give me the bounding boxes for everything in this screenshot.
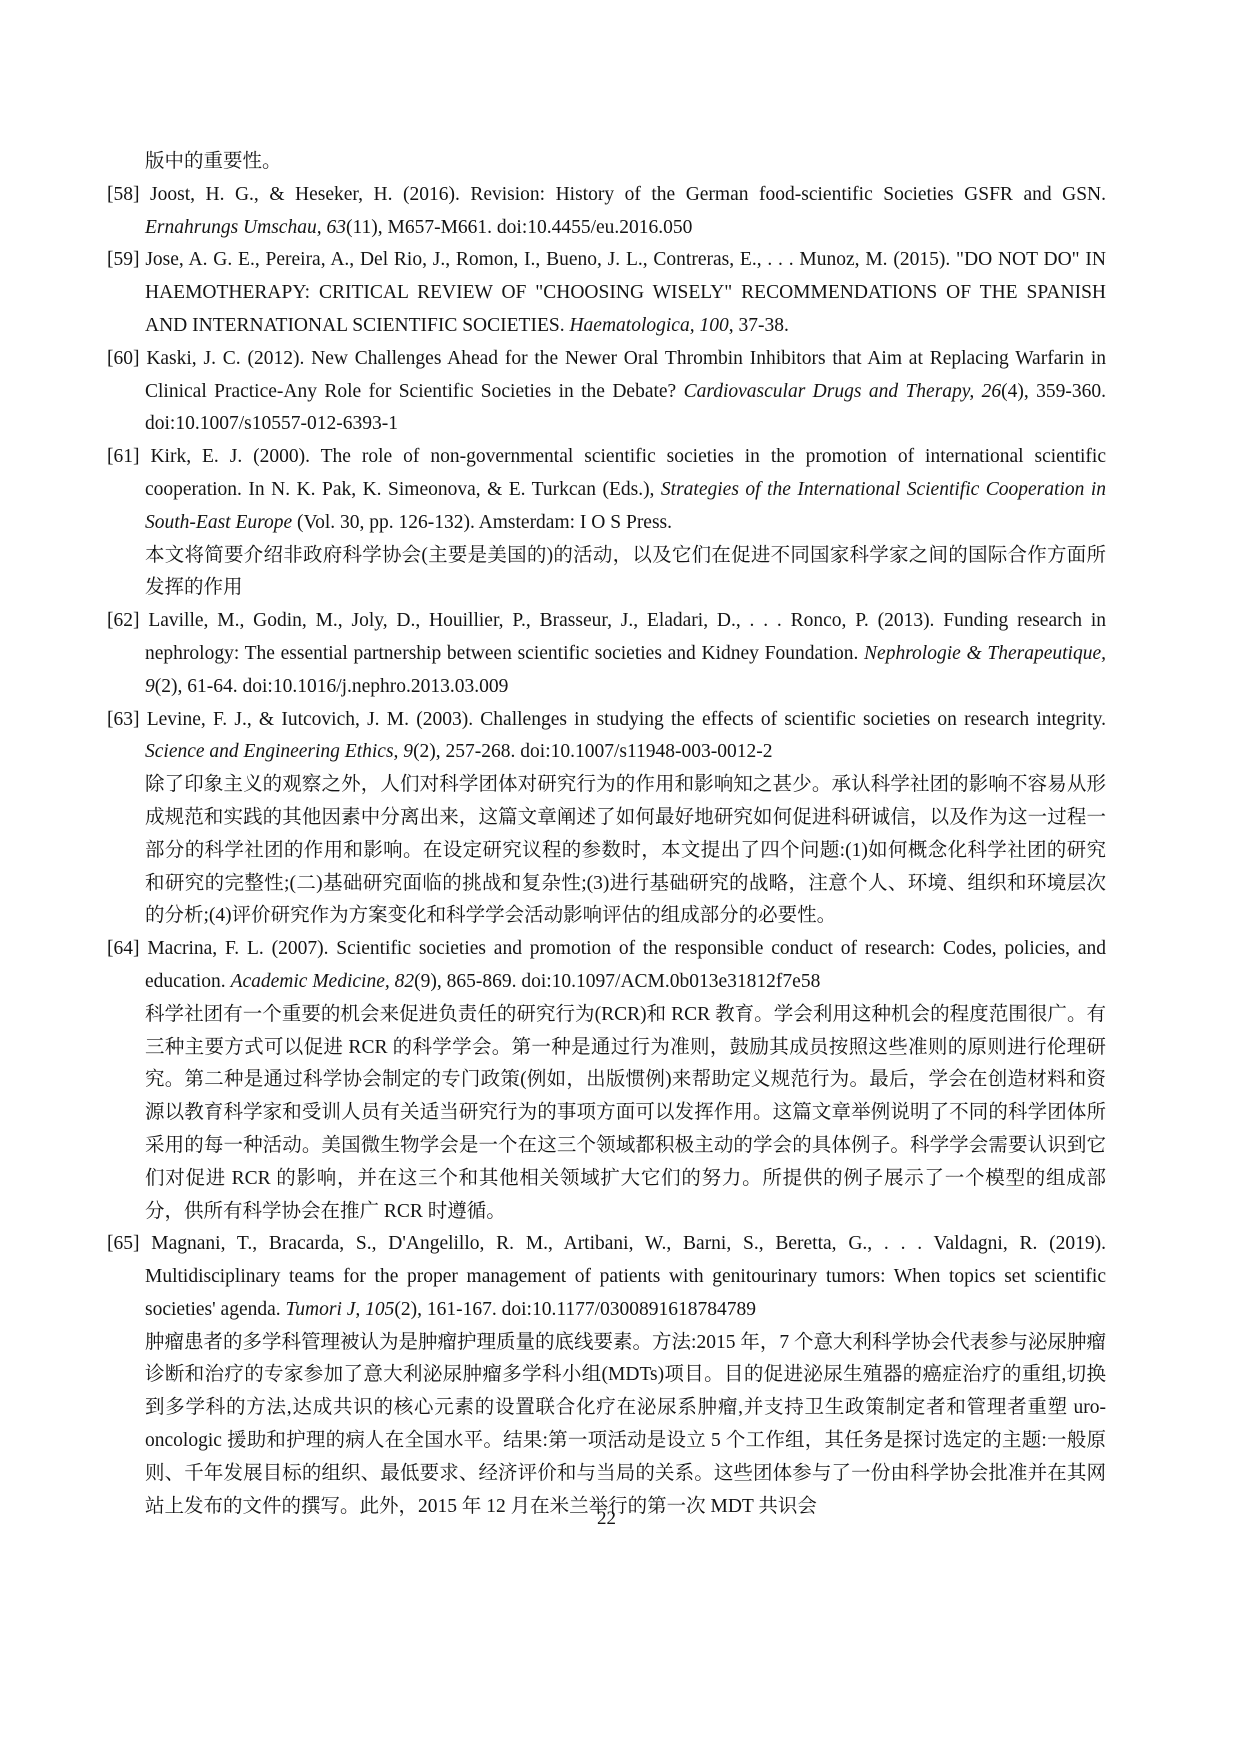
citation-text: , 37-38.	[729, 315, 789, 336]
citation-text: Levine, F. J., & Iutcovich, J. M. (2003)…	[147, 709, 1106, 730]
reference-item: [64] Macrina, F. L. (2007). Scientific s…	[107, 933, 1106, 1228]
reference-number: [60]	[107, 348, 140, 369]
citation-text: (11), M657-M661. doi:10.4455/eu.2016.050	[346, 217, 692, 238]
reference-item: [62] Laville, M., Godin, M., Joly, D., H…	[107, 605, 1106, 703]
reference-citation: [65] Magnani, T., Bracarda, S., D'Angeli…	[107, 1228, 1106, 1326]
journal-title: Cardiovascular Drugs and Therapy, 26	[684, 381, 1002, 402]
citation-text: Joost, H. G., & Heseker, H. (2016). Revi…	[150, 184, 1106, 205]
journal-title: Haematologica, 100	[569, 315, 728, 336]
reference-number: [65]	[107, 1233, 140, 1254]
reference-number: [61]	[107, 446, 140, 467]
reference-citation: [63] Levine, F. J., & Iutcovich, J. M. (…	[107, 704, 1106, 770]
journal-title: Science and Engineering Ethics, 9	[145, 741, 413, 762]
document-page: 版中的重要性。 [58] Joost, H. G., & Heseker, H.…	[0, 0, 1240, 1753]
reference-citation: [60] Kaski, J. C. (2012). New Challenges…	[107, 343, 1106, 441]
continuation-text: 版中的重要性。	[107, 146, 1106, 179]
references-section: 版中的重要性。 [58] Joost, H. G., & Heseker, H.…	[107, 146, 1106, 1523]
journal-title: Tumori J, 105	[286, 1299, 395, 1320]
reference-number: [58]	[107, 184, 140, 205]
reference-number: [63]	[107, 709, 140, 730]
reference-number: [64]	[107, 938, 140, 959]
citation-text: (2), 257-268. doi:10.1007/s11948-003-001…	[413, 741, 772, 762]
reference-annotation-cn: 肿瘤患者的多学科管理被认为是肿瘤护理质量的底线要素。方法:2015 年，7 个意…	[107, 1327, 1106, 1524]
reference-annotation-cn: 除了印象主义的观察之外，人们对科学团体对研究行为的作用和影响知之甚少。承认科学社…	[107, 769, 1106, 933]
citation-text: (2), 161-167. doi:10.1177/03008916187847…	[394, 1299, 756, 1320]
reference-citation: [64] Macrina, F. L. (2007). Scientific s…	[107, 933, 1106, 999]
reference-citation: [62] Laville, M., Godin, M., Joly, D., H…	[107, 605, 1106, 703]
reference-number: [59]	[107, 249, 140, 270]
reference-number: [62]	[107, 610, 140, 631]
reference-item: [60] Kaski, J. C. (2012). New Challenges…	[107, 343, 1106, 441]
journal-title: Ernahrungs Umschau, 63	[145, 217, 346, 238]
reference-item: [59] Jose, A. G. E., Pereira, A., Del Ri…	[107, 244, 1106, 342]
reference-citation: [59] Jose, A. G. E., Pereira, A., Del Ri…	[107, 244, 1106, 342]
reference-citation: [61] Kirk, E. J. (2000). The role of non…	[107, 441, 1106, 539]
citation-text: (9), 865-869. doi:10.1097/ACM.0b013e3181…	[414, 971, 820, 992]
page-number: 22	[107, 1504, 1106, 1534]
journal-title: Academic Medicine, 82	[231, 971, 415, 992]
reference-list: [58] Joost, H. G., & Heseker, H. (2016).…	[107, 179, 1106, 1524]
reference-citation: [58] Joost, H. G., & Heseker, H. (2016).…	[107, 179, 1106, 245]
reference-item: [58] Joost, H. G., & Heseker, H. (2016).…	[107, 179, 1106, 245]
reference-annotation-cn: 科学社团有一个重要的机会来促进负责任的研究行为(RCR)和 RCR 教育。学会利…	[107, 999, 1106, 1229]
citation-text: (2), 61-64. doi:10.1016/j.nephro.2013.03…	[155, 676, 509, 697]
reference-annotation-cn: 本文将简要介绍非政府科学协会(主要是美国的)的活动，以及它们在促进不同国家科学家…	[107, 540, 1106, 606]
reference-item: [63] Levine, F. J., & Iutcovich, J. M. (…	[107, 704, 1106, 934]
reference-item: [61] Kirk, E. J. (2000). The role of non…	[107, 441, 1106, 605]
citation-text: (Vol. 30, pp. 126-132). Amsterdam: I O S…	[292, 512, 672, 533]
reference-item: [65] Magnani, T., Bracarda, S., D'Angeli…	[107, 1228, 1106, 1523]
